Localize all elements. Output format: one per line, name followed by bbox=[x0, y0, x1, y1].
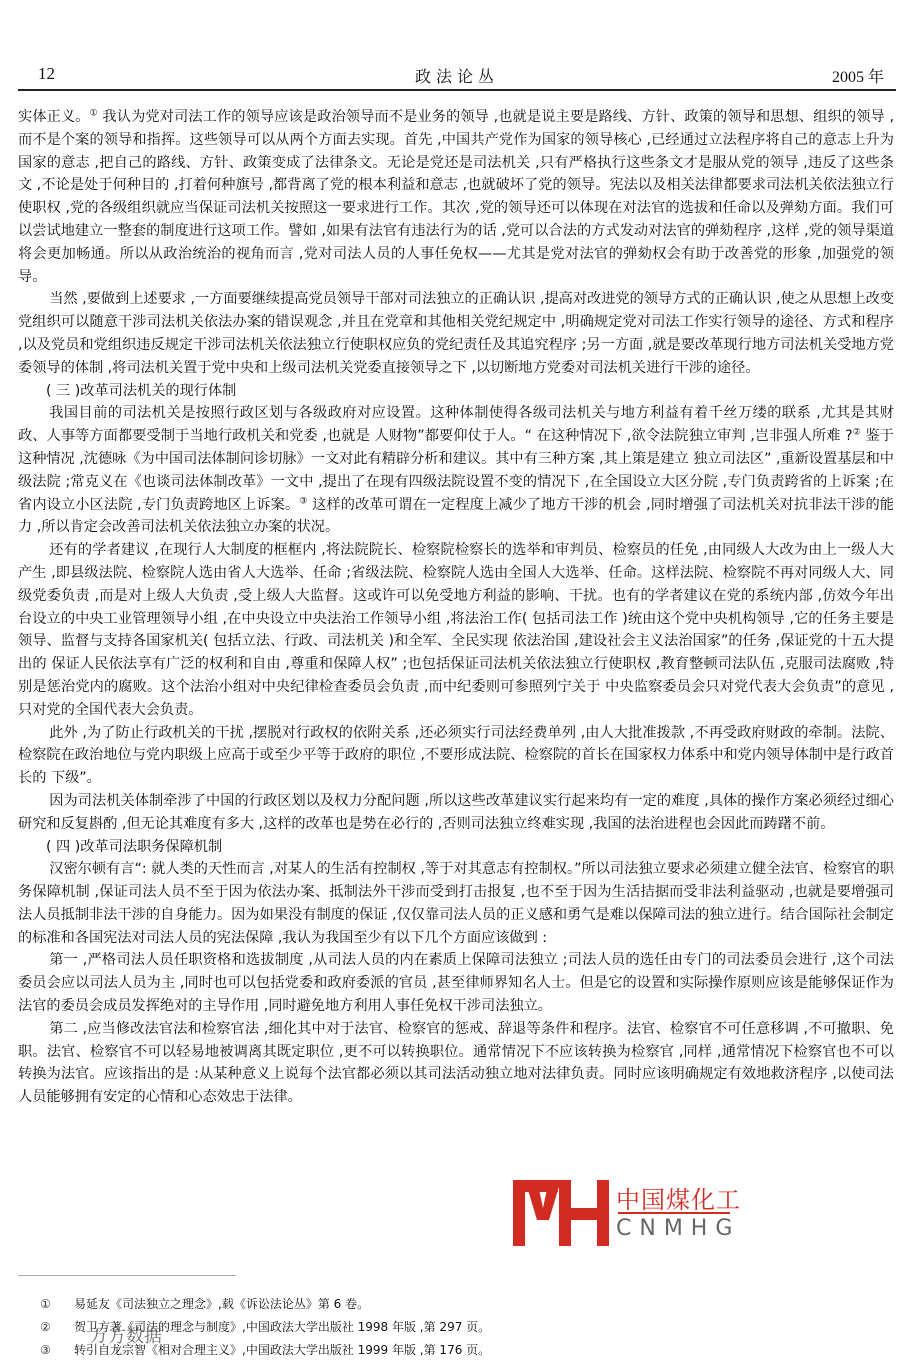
paragraph-text: ( 四 )改革司法职务保障机制 bbox=[46, 839, 222, 855]
paragraph: 因为司法机关体制牵涉了中国的行政区划以及权力分配问题 ,所以这些改革建议实行起来… bbox=[18, 790, 894, 836]
footnote-reference[interactable]: ① bbox=[90, 108, 98, 118]
paragraph-text: 第二 ,应当修改法官法和检察官法 ,细化其中对于法官、检察官的惩戒、辞退等条件和… bbox=[18, 1021, 894, 1105]
section-heading: ( 四 )改革司法职务保障机制 bbox=[18, 836, 894, 859]
paragraph-text: 汉密尔顿有言“: 就人类的天性而言 ,对某人的生活有控制权 ,等于对其意志有控制… bbox=[18, 861, 894, 945]
paragraph: 当然 ,要做到上述要求 ,一方面要继续提高党员领导干部对司法独立的正确认识 ,提… bbox=[18, 288, 894, 379]
article-body: 实体正义。① 我认为党对司法工作的领导应该是政治领导而不是业务的领导 ,也就是说… bbox=[18, 106, 894, 1109]
footnote-marker: ③ bbox=[40, 1339, 74, 1362]
watermark-en-text: CNMHG bbox=[616, 1216, 740, 1241]
footnote-marker: ② bbox=[40, 1316, 74, 1339]
paragraph-text: 当然 ,要做到上述要求 ,一方面要继续提高党员领导干部对司法独立的正确认识 ,提… bbox=[18, 291, 894, 375]
journal-title: 政法论丛 bbox=[18, 64, 896, 87]
paragraph-text: 第一 ,严格司法人员任职资格和选拔制度 ,从司法人员的内在素质上保障司法独立 ;… bbox=[18, 952, 894, 1014]
mh-logo-icon bbox=[513, 1180, 611, 1246]
footnote-divider bbox=[18, 1275, 236, 1276]
cnmhg-watermark-logo: 中国煤化工 CNMHG bbox=[513, 1180, 773, 1250]
watermark-underline bbox=[618, 1212, 730, 1214]
paragraph: 还有的学者建议 ,在现行人大制度的框框内 ,将法院院长、检察院检察长的选举和审判… bbox=[18, 539, 894, 721]
paragraph-text: 我国目前的司法机关是按照行政区划与各级政府对应设置。这种体制使得各级司法机关与地… bbox=[18, 405, 894, 444]
paragraph-text: 因为司法机关体制牵涉了中国的行政区划以及权力分配问题 ,所以这些改革建议实行起来… bbox=[18, 793, 894, 832]
paragraph: 此外 ,为了防止行政机关的干扰 ,摆脱对行政权的依附关系 ,还必须实行司法经费单… bbox=[18, 722, 894, 790]
footnote-reference[interactable]: ③ bbox=[299, 496, 307, 506]
paragraph-text: 实体正义。 bbox=[18, 109, 90, 125]
page-header: 12 政法论丛 2005 年 bbox=[18, 60, 896, 90]
publication-year: 2005 年 bbox=[832, 64, 884, 87]
paragraph: 实体正义。① 我认为党对司法工作的领导应该是政治领导而不是业务的领导 ,也就是说… bbox=[18, 106, 894, 288]
watermark-cn-text: 中国煤化工 bbox=[616, 1180, 741, 1215]
paragraph-text: 此外 ,为了防止行政机关的干扰 ,摆脱对行政权的依附关系 ,还必须实行司法经费单… bbox=[18, 725, 894, 787]
section-heading: ( 三 )改革司法机关的现行体制 bbox=[18, 380, 894, 403]
paragraph: 汉密尔顿有言“: 就人类的天性而言 ,对某人的生活有控制权 ,等于对其意志有控制… bbox=[18, 858, 894, 949]
paragraph: 第二 ,应当修改法官法和检察官法 ,细化其中对于法官、检察官的惩戒、辞退等条件和… bbox=[18, 1018, 894, 1109]
paragraph-text: 我认为党对司法工作的领导应该是政治领导而不是业务的领导 ,也就是说主要是路线、方… bbox=[18, 109, 894, 285]
wanfang-watermark: 万方数据 bbox=[90, 1322, 162, 1348]
paragraph-text: ( 三 )改革司法机关的现行体制 bbox=[46, 383, 236, 399]
footnote-marker: ① bbox=[40, 1293, 74, 1316]
paragraph: 第一 ,严格司法人员任职资格和选拔制度 ,从司法人员的内在素质上保障司法独立 ;… bbox=[18, 949, 894, 1017]
footnote-1: ① 易延友《司法独立之理念》,载《诉讼法论丛》第 6 卷。 bbox=[40, 1293, 490, 1316]
header-rule bbox=[18, 89, 896, 91]
paragraph-text: 还有的学者建议 ,在现行人大制度的框框内 ,将法院院长、检察院检察长的选举和审判… bbox=[18, 542, 894, 718]
paragraph: 我国目前的司法机关是按照行政区划与各级政府对应设置。这种体制使得各级司法机关与地… bbox=[18, 402, 894, 539]
footnote-reference[interactable]: ② bbox=[853, 427, 861, 437]
footnote-text: 易延友《司法独立之理念》,载《诉讼法论丛》第 6 卷。 bbox=[74, 1293, 369, 1316]
